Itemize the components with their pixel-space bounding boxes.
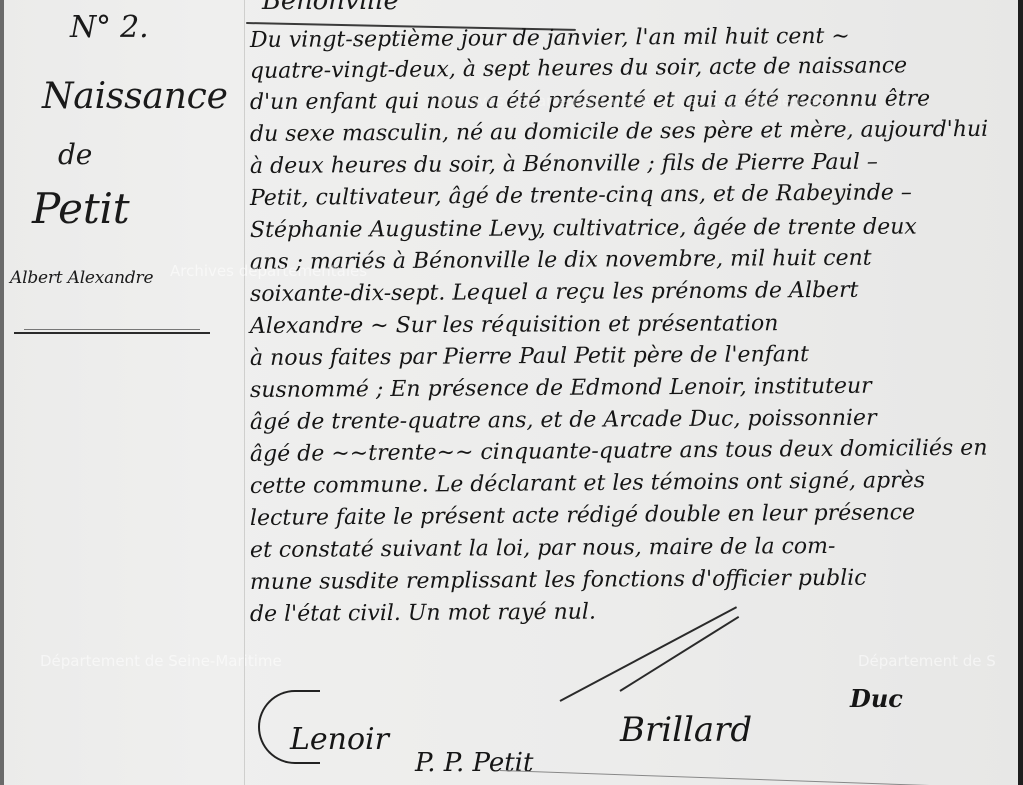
header-fragment: Bénonville <box>262 0 399 16</box>
margin-divider-thin <box>24 329 200 330</box>
body-line: Petit, cultivateur, âgé de trente-cinq a… <box>250 180 912 211</box>
signature-witness-duc: Duc <box>850 684 903 713</box>
record-surname: Petit <box>32 184 129 233</box>
watermark: Département de S <box>858 652 996 670</box>
body-line: Stéphanie Augustine Levy, cultivatrice, … <box>250 215 917 243</box>
record-connector: de <box>58 138 92 171</box>
body-line: du sexe masculin, né au domicile de ses … <box>250 117 988 147</box>
body-line: à deux heures du soir, à Bénonville ; fi… <box>250 150 878 179</box>
signature-mayor: Brillard <box>620 710 752 750</box>
margin-divider <box>14 332 210 334</box>
page-right-edge <box>1018 0 1023 785</box>
body-line: quatre-vingt-deux, à sept heures du soir… <box>250 53 907 84</box>
body-line: susnommé ; En présence de Edmond Lenoir,… <box>250 374 872 403</box>
margin-column: N° 2. Naissance de Petit Albert Alexandr… <box>0 0 240 785</box>
body-line: Alexandre ~ Sur les réquisition et prése… <box>250 311 779 339</box>
body-line: âgé de trente-quatre ans, et de Arcade D… <box>250 406 877 435</box>
margin-rule <box>244 0 245 785</box>
body-line: soixante-dix-sept. Lequel a reçu les pré… <box>250 278 859 307</box>
record-number: N° 2. <box>70 10 148 45</box>
body-line: cette commune. Le déclarant et les témoi… <box>250 468 925 499</box>
record-title: Naissance <box>42 76 228 117</box>
body-line: lecture faite le présent acte rédigé dou… <box>250 500 915 531</box>
body-line: de l'état civil. Un mot rayé nul. <box>250 600 596 627</box>
body-line: Du vingt-septième jour de janvier, l'an … <box>250 24 850 53</box>
document-page: N° 2. Naissance de Petit Albert Alexandr… <box>0 0 1023 785</box>
signature-underline <box>500 770 970 785</box>
signature-stroke <box>619 616 739 692</box>
signature-witness-lenoir: Lenoir <box>290 722 389 757</box>
body-line: à nous faites par Pierre Paul Petit père… <box>250 342 809 371</box>
body-line: et constaté suivant la loi, par nous, ma… <box>250 534 836 563</box>
body-line: âgé de ~~trente~~ cinquante-quatre ans t… <box>250 436 988 467</box>
record-given-names: Albert Alexandre <box>10 268 153 288</box>
body-line: ans ; mariés à Bénonville le dix novembr… <box>250 246 872 275</box>
body-line: d'un enfant qui nous a été présenté et q… <box>250 86 930 115</box>
body-line: mune susdite remplissant les fonctions d… <box>250 566 867 595</box>
signature-father-petit: P. P. Petit <box>415 748 533 778</box>
